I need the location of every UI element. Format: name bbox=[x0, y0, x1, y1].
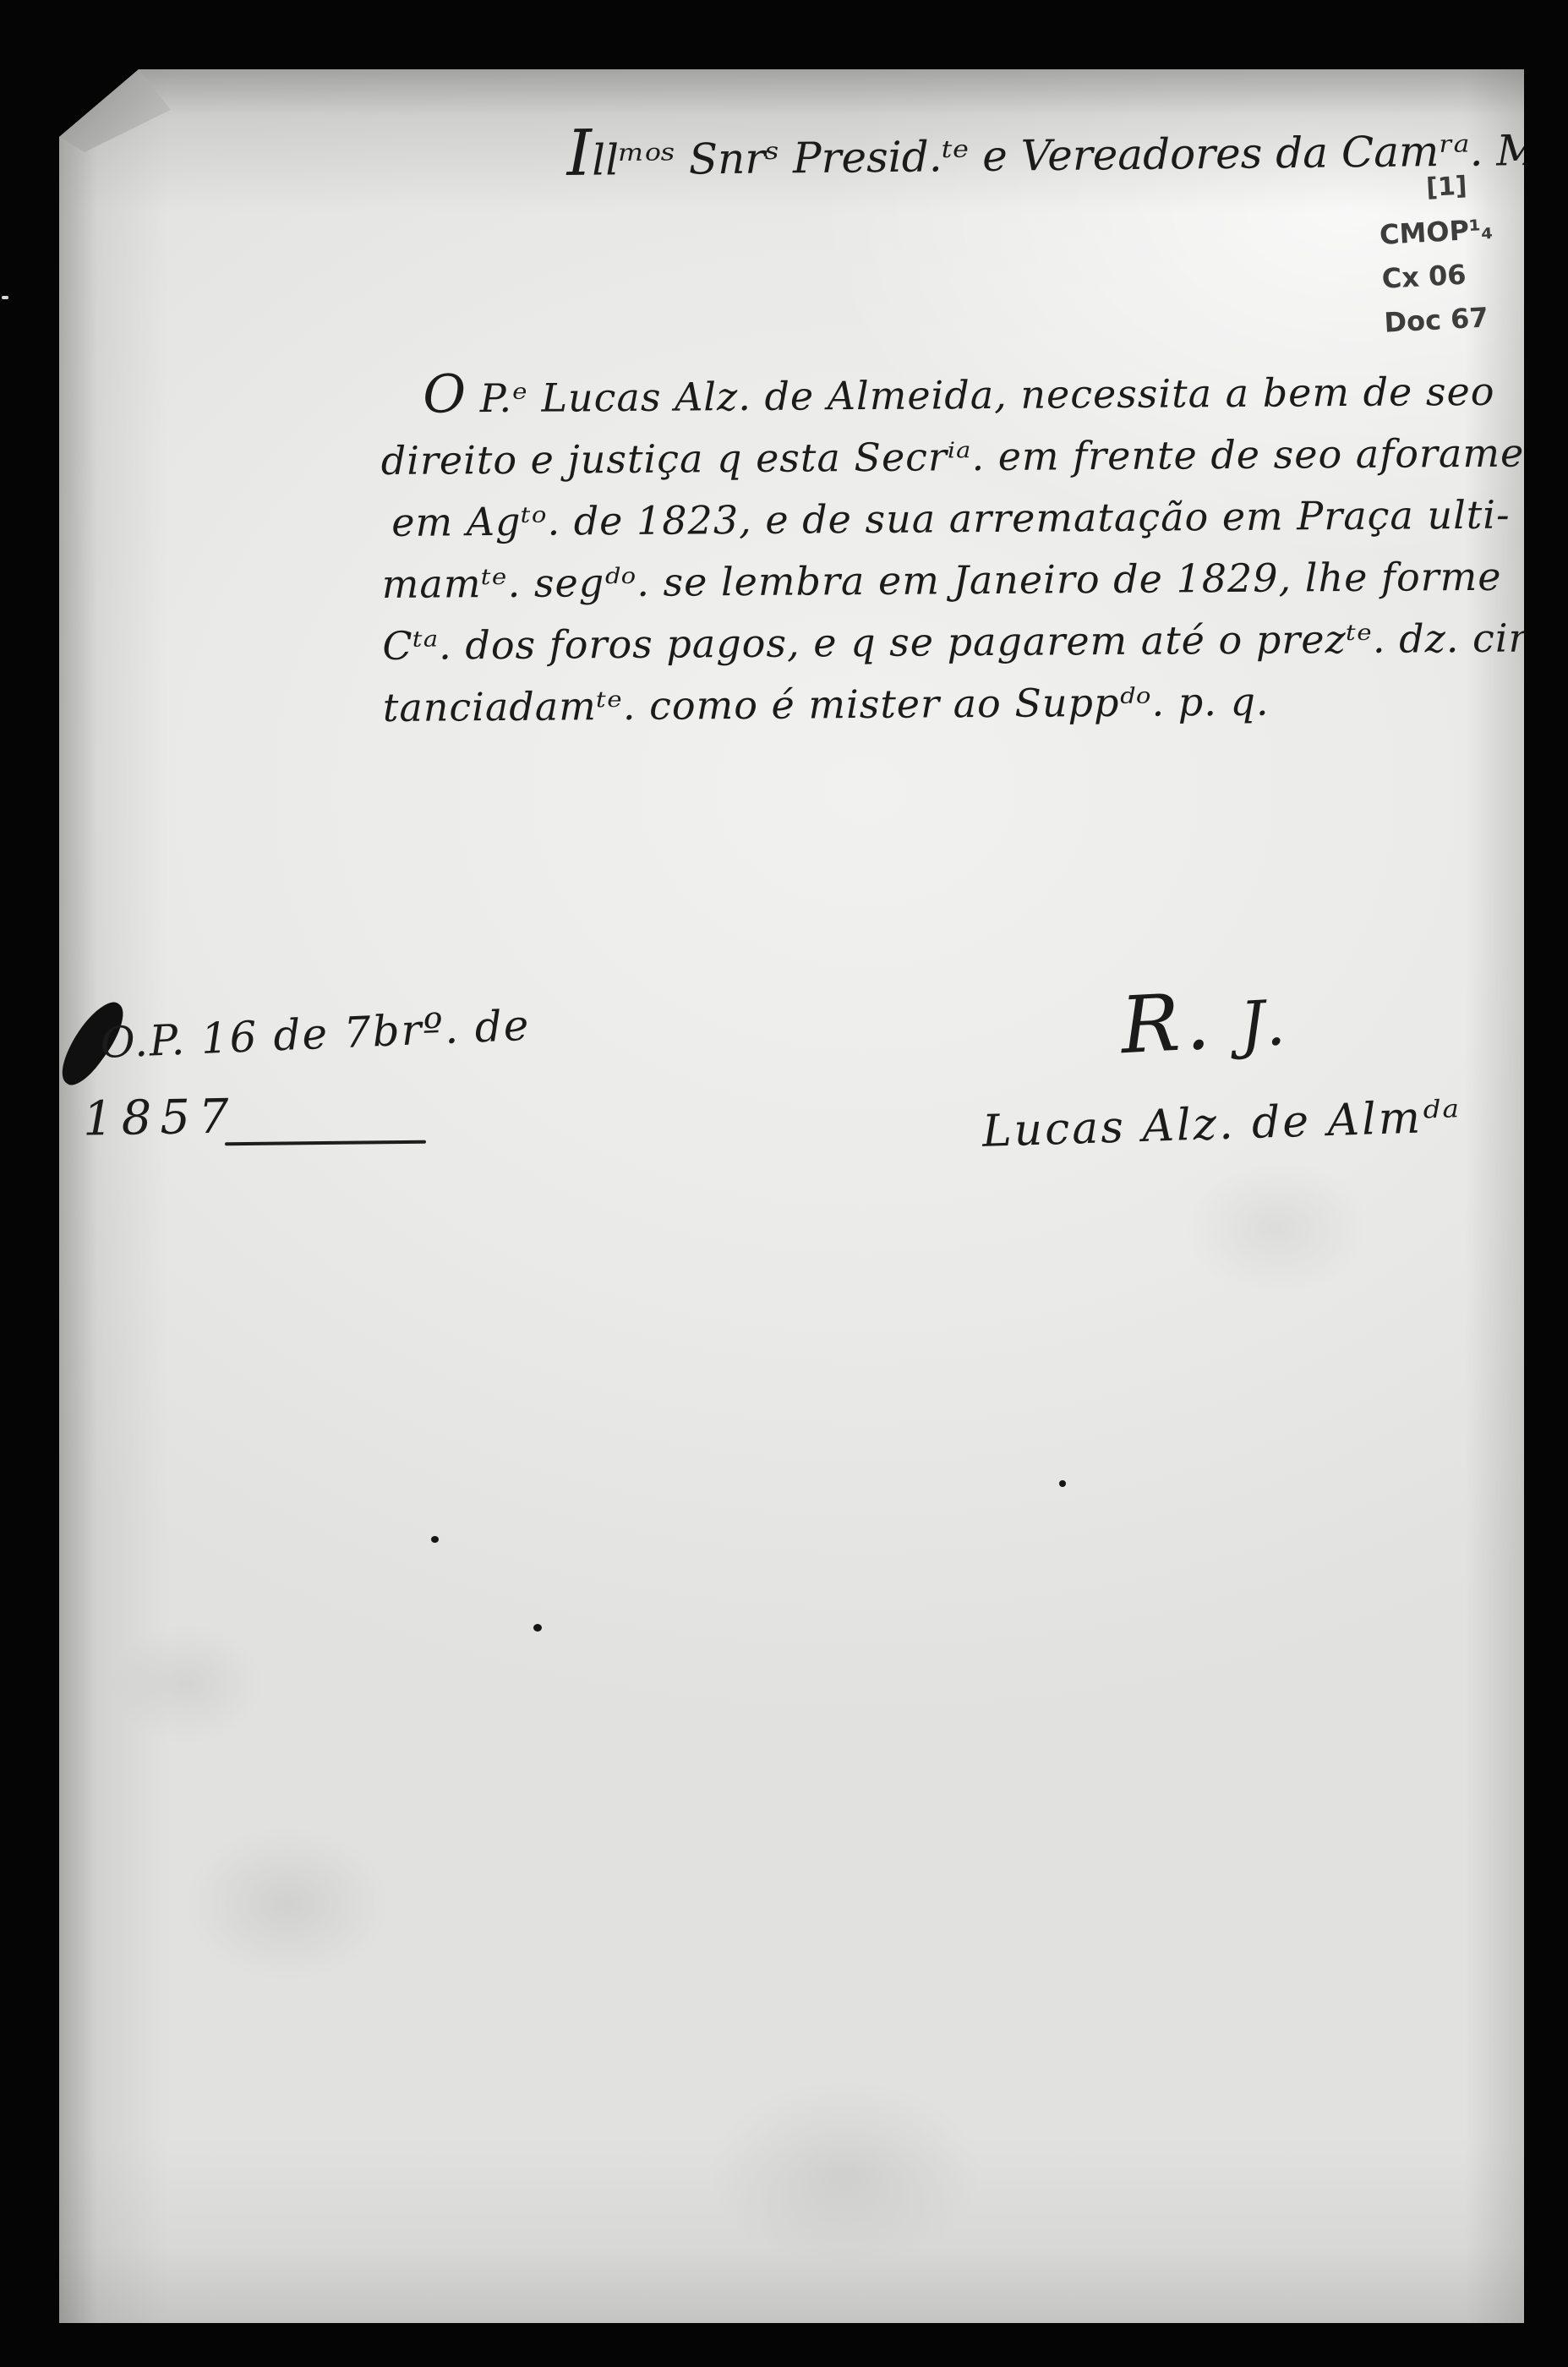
dust-speck bbox=[2, 296, 8, 299]
manuscript-line: em Agᵗᵒ. de 1823, e de sua arrematação e… bbox=[381, 484, 1556, 554]
scan-background: { "colors": { "background": "#050505", "… bbox=[0, 0, 1568, 2367]
ink-speck bbox=[1059, 1480, 1066, 1487]
paper-stain bbox=[710, 2081, 981, 2267]
petition-body: O P.ᵉ Lucas Alz. de Almeida, necessita a… bbox=[380, 355, 1558, 739]
ink-speck bbox=[533, 1624, 542, 1632]
document-page: Illᵐᵒˢ Snrˢ Presid.ᵗᵉ e Vereadores da Ca… bbox=[59, 69, 1524, 2323]
signature-name: Lucas Alz. de Almᵈᵃ bbox=[981, 1091, 1462, 1157]
paper-stain bbox=[110, 1625, 262, 1743]
dateline-year: 1857 bbox=[82, 1089, 238, 1146]
signature-initials: R. J. bbox=[1118, 971, 1292, 1071]
dog-ear-fold bbox=[59, 69, 194, 154]
archival-document: Doc 67 bbox=[1383, 292, 1545, 345]
manuscript-line: tanciadamᵗᵉ. como é mister ao Suppᵈᵒ. p.… bbox=[383, 669, 1558, 739]
paper-stain bbox=[1183, 1160, 1369, 1295]
manuscript-line: O P.ᵉ Lucas Alz. de Almeida, necessita a… bbox=[380, 355, 1556, 430]
archival-annotations: [1] CMOP¹₄ Cx 06 Doc 67 bbox=[1376, 161, 1546, 345]
flourish-line bbox=[225, 1140, 426, 1145]
dateline-place: O.P. 16 de 7brº. de bbox=[100, 1001, 532, 1068]
manuscript-line: direito e justiça q esta Secrⁱᵃ. em fren… bbox=[381, 422, 1556, 492]
manuscript-line: mamᵗᵉ. segᵈᵒ. se lembra em Janeiro de 18… bbox=[382, 545, 1557, 615]
ink-speck bbox=[431, 1536, 439, 1543]
manuscript-line: Cᵗᵃ. dos foros pagos, e q se pagarem até… bbox=[382, 607, 1557, 677]
paper-stain bbox=[186, 1828, 389, 1980]
